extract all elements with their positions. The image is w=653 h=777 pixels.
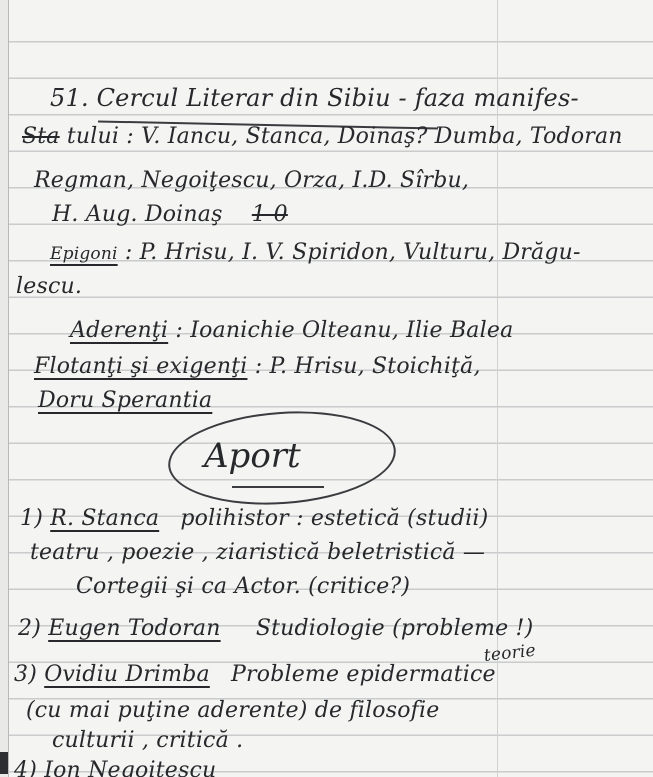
author-name: Eugen Todoran [48,616,220,641]
contribution-item: 2) Eugen Todoran Studiologie (probleme !… [18,616,533,641]
item-text: culturii , critică . [52,728,243,753]
manuscript-line: Epigoni : P. Hrisu, I. V. Spiridon, Vult… [50,240,581,265]
line-text: H. Aug. Doinaş [52,202,223,227]
item-text: (cu mai puţine aderente) de filosofie [26,698,439,723]
section-heading: Aport [204,436,301,476]
contribution-line: Cortegii şi ca Actor. (critice?) [76,574,410,599]
item-text: Probleme epidermatice [231,662,496,687]
contribution-line: culturii , critică . [52,728,243,753]
author-name: R. Stanca [50,506,159,531]
item-number: 2) [18,616,41,641]
heading-line: 51. Cercul Literar din Sibiu - faza mani… [50,84,579,112]
manuscript-line: Aderenţi : Ioanichie Olteanu, Ilie Balea [70,318,513,343]
item-text: Studiologie (probleme !) [256,616,534,641]
line-text: : P. Hrisu, I. V. Spiridon, Vulturu, Dră… [125,240,581,265]
margin-mark [0,752,8,774]
item-number: 1) [20,506,43,531]
line-text: Regman, Negoiţescu, Orza, I.D. Sîrbu, [34,168,469,193]
line-text: Doru Sperantia [38,388,212,413]
struck-text: 1-0 [252,202,288,227]
manuscript-line: Flotanţi şi exigenţi : P. Hrisu, Stoichi… [34,354,481,379]
item-number: 3) [14,662,37,687]
group-label: Aderenţi [70,318,168,343]
contribution-line: (cu mai puţine aderente) de filosofie [26,698,439,723]
item-text: polihistor : estetică (studii) [180,506,488,531]
group-label: Epigoni [50,244,118,264]
contribution-item: 4) Ion Negoiţescu [14,758,216,777]
item-number: 4) [14,758,37,777]
heading-text: 51. Cercul Literar din Sibiu - faza mani… [50,84,579,112]
contribution-item: 1) R. Stanca polihistor : estetică (stud… [20,506,488,531]
notebook-page: 51. Cercul Literar din Sibiu - faza mani… [0,0,653,777]
contribution-line: teatru , poezie , ziaristică beletristic… [30,540,485,565]
author-name: Ovidiu Drimba [44,662,210,687]
manuscript-line: Doru Sperantia [38,388,212,413]
line-text: lescu. [16,274,82,299]
section-heading-underline [232,486,324,488]
contribution-item: 3) Ovidiu Drimba Probleme epidermatice [14,662,496,687]
manuscript-line: Regman, Negoiţescu, Orza, I.D. Sîrbu, [34,168,469,193]
item-text: teatru , poezie , ziaristică beletristic… [30,540,485,565]
manuscript-line: lescu. [16,274,82,299]
manuscript-line: Sta tului : V. Iancu, Stanca, Doinaş? Du… [22,124,623,149]
line-text: : P. Hrisu, Stoichiţă, [255,354,481,379]
manuscript-line: H. Aug. Doinaş 1-0 [52,202,288,227]
author-name: Ion Negoiţescu [44,758,216,777]
line-text: tului : V. Iancu, Stanca, Doinaş? Dumba,… [67,124,623,149]
group-label: Flotanţi şi exigenţi [34,354,247,379]
line-text: : Ioanichie Olteanu, Ilie Balea [175,318,513,343]
struck-text: Sta [22,124,60,149]
item-text: Cortegii şi ca Actor. (critice?) [76,574,410,599]
